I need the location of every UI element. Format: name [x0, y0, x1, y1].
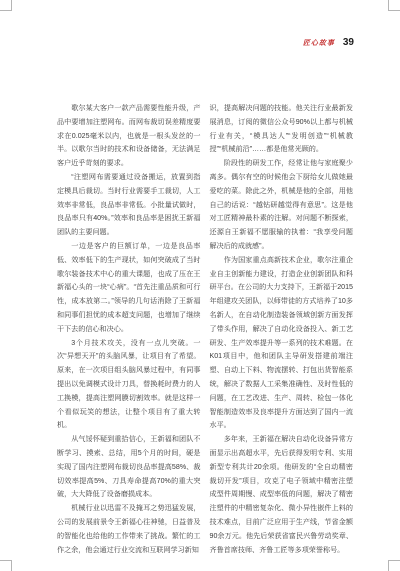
- column-left: 歌尔某大客户一款产品需要性能升级，产品中要增加注塑网布。而网布裁切误差精度要求在…: [57, 102, 201, 557]
- crop-mark-bottom-right: [388, 560, 400, 571]
- paragraph: “注塑网布需要通过设备搬运，放置到指定模具后裁切。当时行业需要手工裁切，人工效率…: [57, 171, 201, 240]
- section-label: 匠心故事: [303, 38, 335, 48]
- paragraph: 机械行业以迅雷不及掩耳之势迅猛发展，公司的发展前景令王新福心往神驰，日益普及的智…: [57, 502, 201, 557]
- paragraph: 多年来，王新福在解决自动化设备异常方面显示出高超水平，先后获得发明专利、实用新型…: [210, 433, 354, 557]
- crop-mark-bottom-left: [0, 560, 12, 571]
- crop-mark-top-left: [0, 0, 12, 11]
- paragraph: 识，提高解决问题的技能。他关注行业最新发展消息，订阅的微信公众号90%以上都与机…: [210, 102, 354, 157]
- column-right: 识，提高解决问题的技能。他关注行业最新发展消息，订阅的微信公众号90%以上都与机…: [210, 102, 354, 557]
- paragraph: 从气馁怀疑到重拾信心，王新福和团队不断学习、摸索、总结，用5个月的时间，硬是实现…: [57, 433, 201, 502]
- article-body: 歌尔某大客户一款产品需要性能升级，产品中要增加注塑网布。而网布裁切误差精度要求在…: [57, 102, 353, 557]
- paragraph: 一边是客户的巨额订单，一边是良品率低、效率低下的生产现状，如何突破成了当时歌尔装…: [57, 240, 201, 337]
- paragraph: 歌尔某大客户一款产品需要性能升级，产品中要增加注塑网布。而网布裁切误差精度要求在…: [57, 102, 201, 171]
- crop-mark-top-right: [388, 0, 400, 11]
- page-number: 39: [343, 37, 354, 48]
- paragraph: 3个月技术攻关，没有一点儿突破。一次“异想天开”的头脑风暴，让项目有了希望。原来…: [57, 337, 201, 434]
- paragraph: 阶段性的研发工作，经常让他与家庭聚少离多。偶尔有空的时候他会下厨给女儿做她最爱吃…: [210, 157, 354, 254]
- running-head: 匠心故事 39: [303, 37, 354, 48]
- paragraph: 作为国家重点高新技术企业，歌尔注重企业自主创新能力建设，打造企业创新团队和科研平…: [210, 254, 354, 433]
